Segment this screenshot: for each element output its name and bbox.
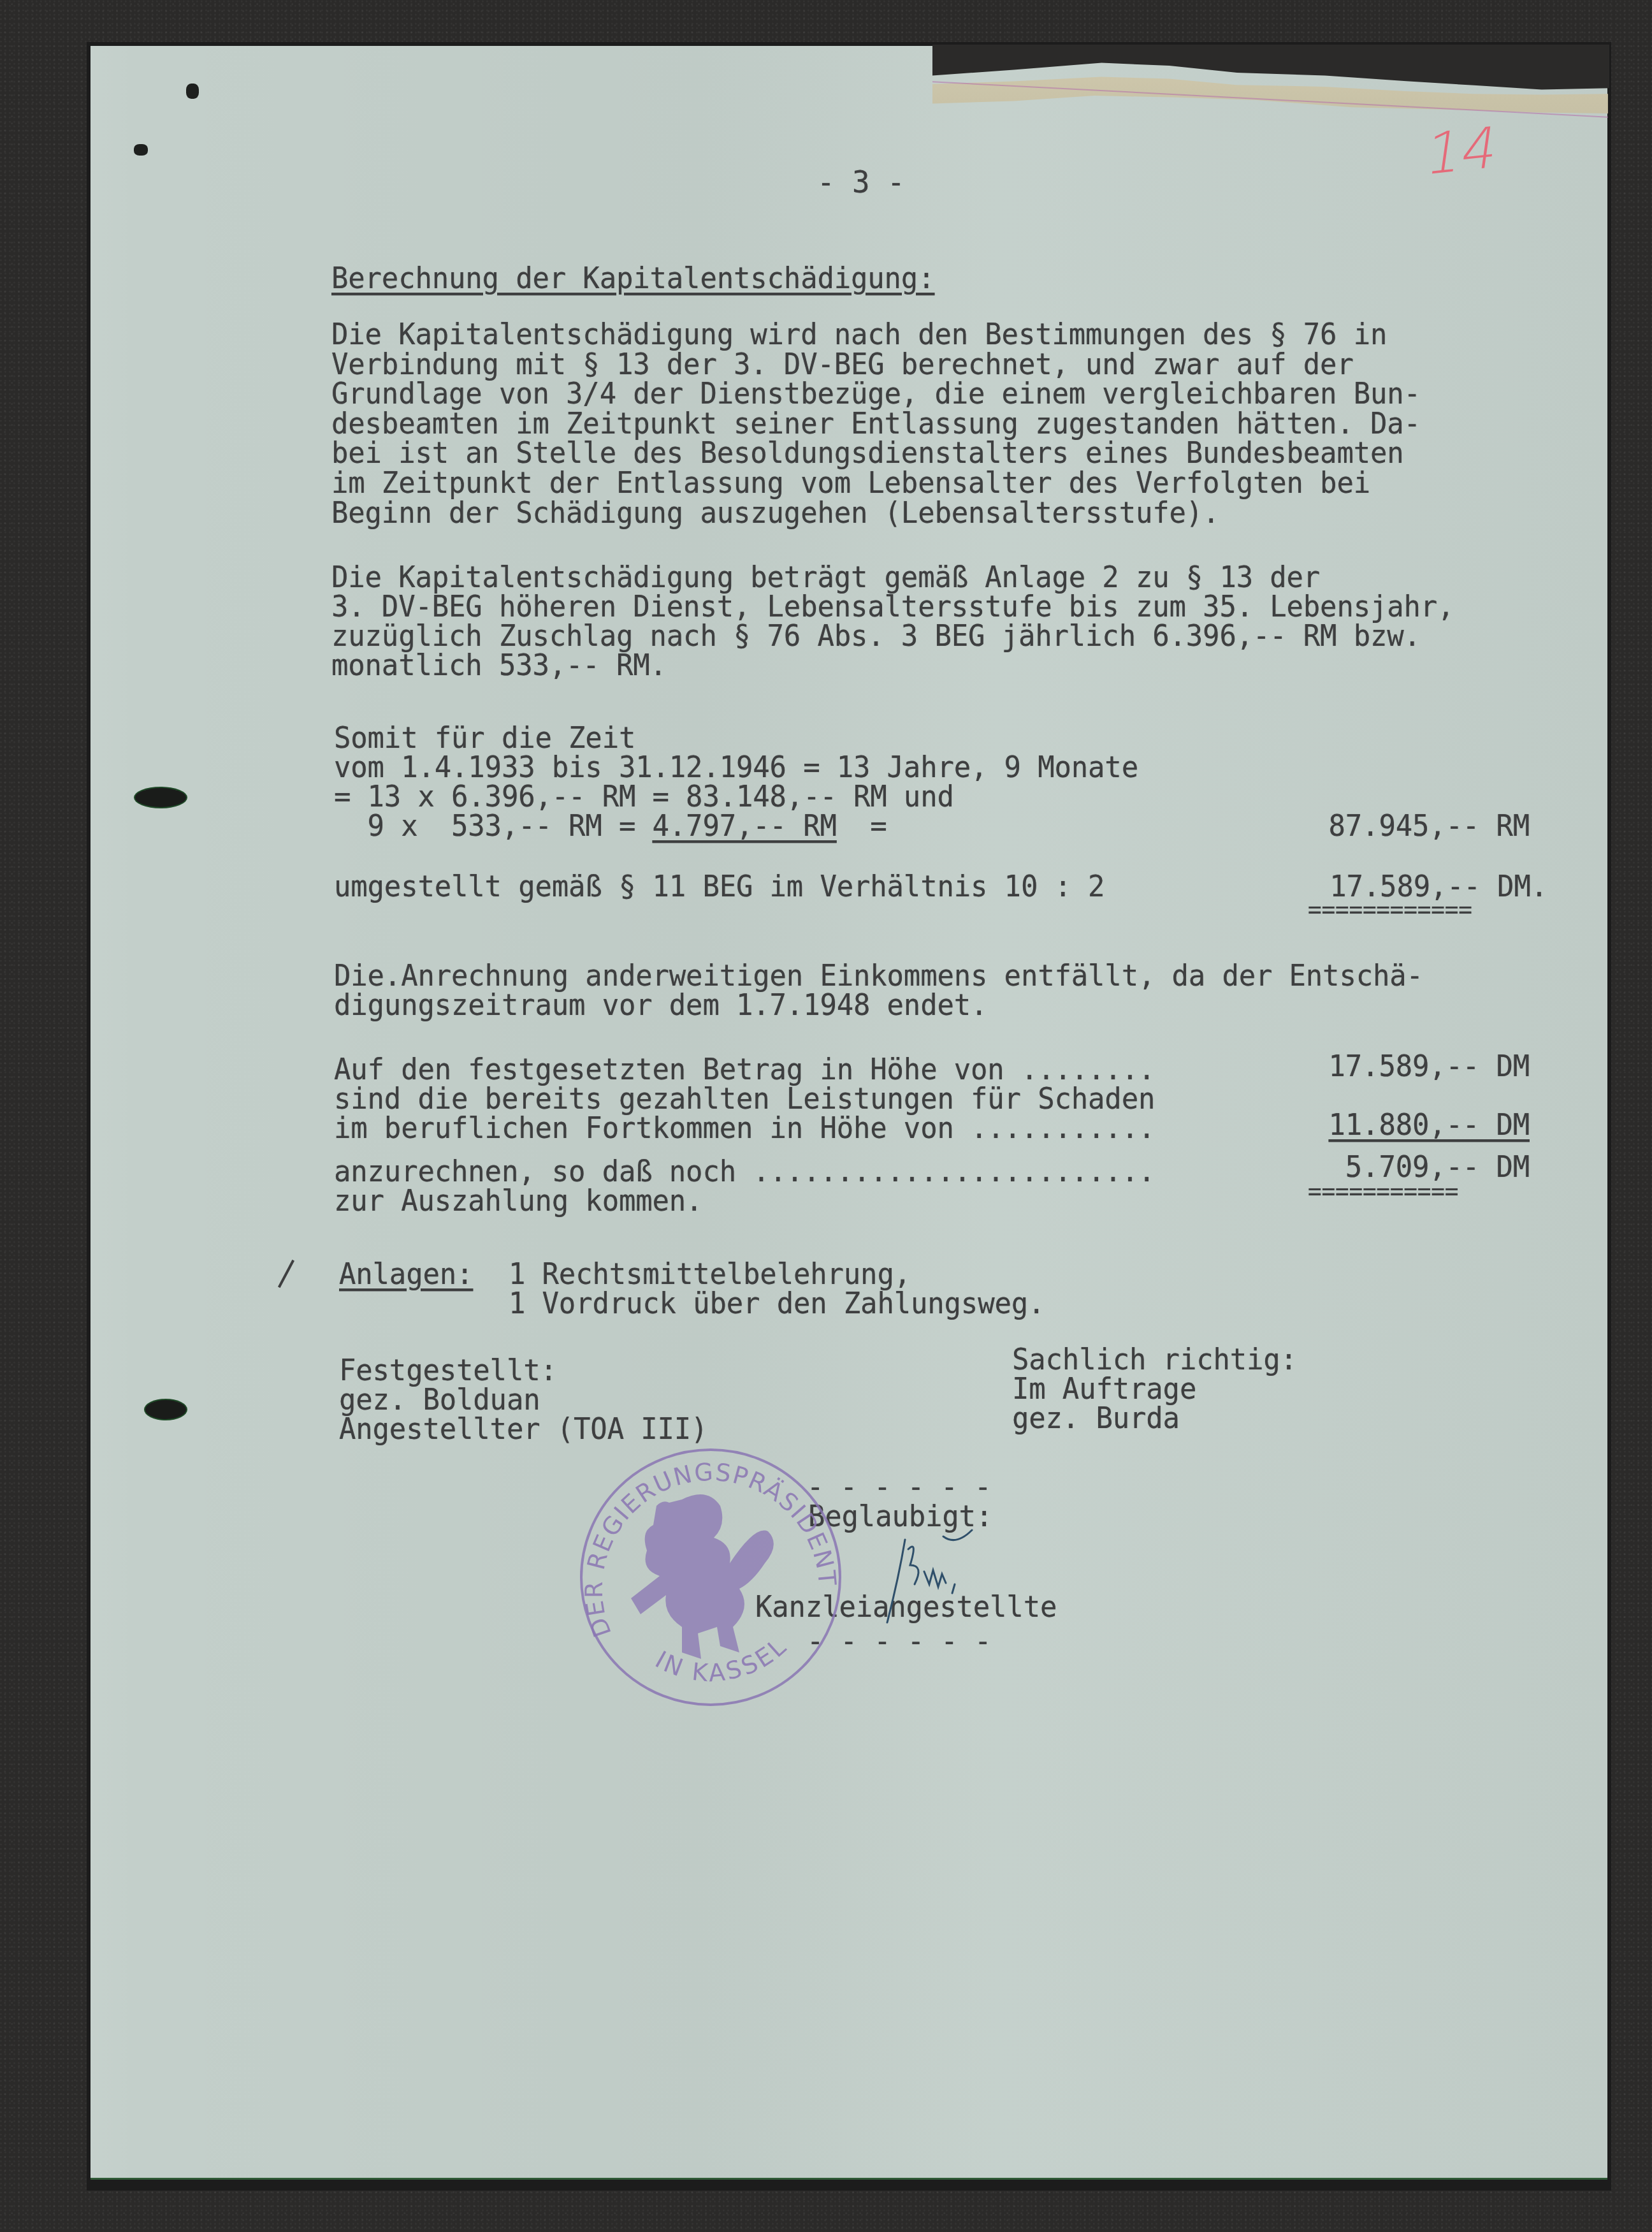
text-fragment: 9 x 533,-- RM =	[334, 809, 653, 843]
text-line: Die Kapitalentschädigung wird nach den B…	[331, 319, 1387, 350]
text-line: Auf den festgesetzten Betrag in Höhe von…	[334, 1054, 1155, 1085]
calculation-line-4: 9 x 533,-- RM = 4.797,-- RM =	[334, 811, 887, 842]
page-number: - 3 -	[817, 166, 904, 197]
text-line: Sachlich richtig:	[1012, 1345, 1297, 1375]
text-line: vom 1.4.1933 bis 31.12.1946 = 13 Jahre, …	[334, 752, 1138, 783]
text-line: Angestellter (TOA III)	[339, 1414, 707, 1445]
text-line: desbeamten im Zeitpunkt seiner Entlassun…	[331, 409, 1421, 439]
pin-hole-icon	[186, 84, 199, 99]
total-rm-amount: 87.945,-- RM	[1275, 811, 1530, 842]
conversion-line: umgestellt gemäß § 11 BEG im Verhältnis …	[334, 872, 1105, 902]
text-line: Somit für die Zeit	[334, 723, 635, 754]
text-line: im Zeitpunkt der Entlassung vom Lebensal…	[331, 468, 1370, 499]
lion-emblem-icon	[631, 1494, 774, 1659]
text-line: sind die bereits gezahlten Leistungen fü…	[334, 1084, 1155, 1114]
official-stamp-icon: DER REGIERUNGSPRÄSIDENT IN KASSEL	[574, 1442, 848, 1710]
text-line: Verbindung mit § 13 der 3. DV-BEG berech…	[331, 349, 1354, 380]
handwritten-signature-icon	[880, 1527, 988, 1629]
text-line: gez. Burda	[1012, 1403, 1180, 1434]
underlined-subtotal: 4.797,-- RM	[653, 809, 837, 843]
text-fragment: =	[837, 809, 887, 843]
text-line: Beginn der Schädigung auszugehen (Lebens…	[331, 498, 1219, 529]
punch-hole-icon	[145, 1400, 186, 1419]
text-line: Grundlage von 3/4 der Dienstbezüge, die …	[331, 379, 1421, 409]
text-line: Festgestellt:	[339, 1355, 557, 1386]
text-line: Die.Anrechnung anderweitigen Einkommens …	[334, 961, 1423, 991]
text-line: bei ist an Stelle des Besoldungsdienstal…	[331, 438, 1404, 469]
folio-number: 14	[1422, 113, 1502, 188]
text-line: zur Auszahlung kommen.	[334, 1186, 702, 1216]
text-line: im beruflichen Fortkommen in Höhe von ..…	[334, 1113, 1155, 1144]
enclosures-label: Anlagen:	[339, 1259, 473, 1290]
text-line: gez. Bolduan	[339, 1385, 540, 1415]
text-line: anzurechnen, so daß noch ...............…	[334, 1156, 1155, 1187]
text-line: Im Auftrage	[1012, 1374, 1196, 1404]
text-line: digungszeitraum vor dem 1.7.1948 endet.	[334, 990, 987, 1021]
text-line: 3. DV-BEG höheren Dienst, Lebensaltersst…	[331, 592, 1454, 622]
fixed-amount: 17.589,-- DM	[1275, 1051, 1530, 1082]
enclosure-item: 1 Rechtsmittelbelehrung,	[509, 1259, 911, 1290]
pin-hole-icon	[134, 144, 148, 156]
double-rule: ===========	[1308, 1176, 1458, 1207]
section-heading: Berechnung der Kapitalentschädigung:	[331, 263, 934, 294]
text-line: zuzüglich Zuschlag nach § 76 Abs. 3 BEG …	[331, 621, 1421, 652]
text-line: Die Kapitalentschädigung beträgt gemäß A…	[331, 562, 1320, 593]
paid-amount: 11.880,-- DM	[1275, 1110, 1530, 1141]
punch-hole-icon	[135, 788, 186, 807]
text-line: monatlich 533,-- RM.	[331, 650, 667, 681]
enclosure-item: 1 Vordruck über den Zahlungsweg.	[509, 1288, 1045, 1319]
double-rule: ============	[1308, 894, 1472, 925]
text-line: = 13 x 6.396,-- RM = 83.148,-- RM und	[334, 782, 954, 812]
